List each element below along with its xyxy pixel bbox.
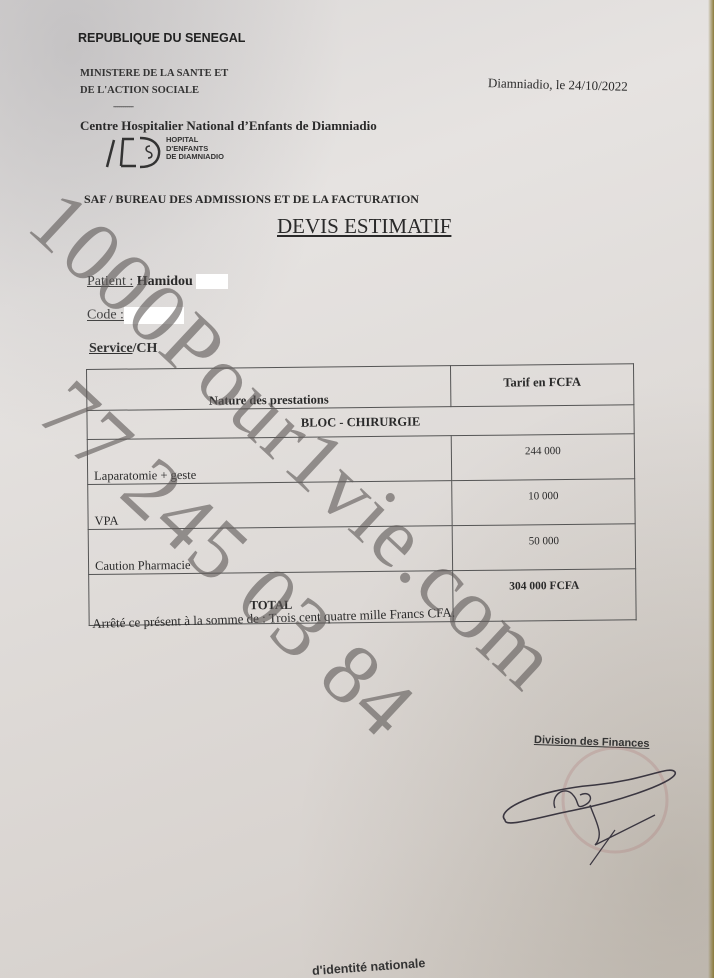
republic-heading: REPUBLIQUE DU SENEGAL (78, 31, 245, 45)
patient-name: Hamidou (137, 274, 193, 289)
row-amount: 244 000 (451, 434, 634, 481)
signature-icon (495, 740, 685, 870)
service-label: Service (89, 341, 133, 356)
quote-table: Nature des prestations Tarif en FCFA BLO… (86, 363, 637, 626)
patient-label: Patient : (87, 274, 133, 289)
redaction-box (124, 307, 184, 324)
footer-partial-text: d'identité nationale (312, 956, 426, 978)
row-amount: 50 000 (452, 524, 635, 571)
place-date: Diamniadio, le 24/10/2022 (488, 75, 628, 95)
separator: ---------- (113, 101, 133, 111)
column-header-nature: Nature des prestations (87, 366, 451, 411)
service-line: Service/CH (89, 341, 157, 357)
total-amount: 304 000 FCFA (453, 569, 637, 622)
ministry-line-1: MINISTERE DE LA SANTE ET (80, 68, 228, 79)
table-header-row: Nature des prestations Tarif en FCFA (87, 364, 634, 411)
hospital-name: Centre Hospitalier National d’Enfants de… (80, 118, 377, 134)
document-title: DEVIS ESTIMATIF (277, 214, 451, 239)
hospital-logo: HOPITAL D'ENFANTS DE DIAMNIADIO (104, 134, 249, 170)
paper-edge (708, 0, 714, 978)
table-row: Caution Pharmacie 50 000 (88, 524, 635, 575)
code-line: Code : (87, 307, 184, 324)
table-row: Laparatomie + geste 244 000 (87, 434, 634, 485)
logo-mark-icon (104, 134, 164, 170)
patient-line: Patient : Hamidou (87, 274, 228, 290)
redaction-box (196, 274, 228, 289)
code-label: Code : (87, 308, 124, 323)
logo-line-3: DE DIAMNIADIO (166, 153, 224, 162)
department: SAF / BUREAU DES ADMISSIONS ET DE LA FAC… (84, 192, 419, 207)
logo-text: HOPITAL D'ENFANTS DE DIAMNIADIO (166, 136, 224, 162)
row-label: VPA (88, 481, 452, 530)
service-value: /CH (133, 341, 158, 356)
row-amount: 10 000 (452, 479, 635, 526)
row-label: Caution Pharmacie (88, 526, 452, 575)
ministry-line-2: DE L'ACTION SOCIALE (80, 85, 199, 96)
signature (495, 740, 685, 870)
column-header-tarif: Tarif en FCFA (450, 364, 633, 407)
row-label: Laparatomie + geste (87, 436, 451, 485)
table-row: VPA 10 000 (88, 479, 635, 530)
